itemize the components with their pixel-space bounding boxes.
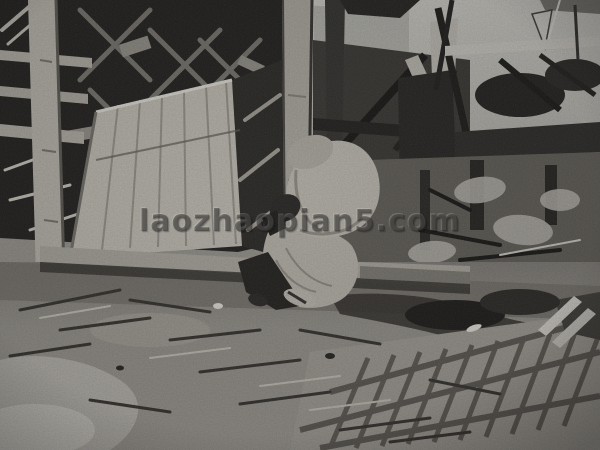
photo: laozhaopian5.com <box>0 0 600 450</box>
vignette <box>0 0 600 450</box>
photo-illustration <box>0 0 600 450</box>
